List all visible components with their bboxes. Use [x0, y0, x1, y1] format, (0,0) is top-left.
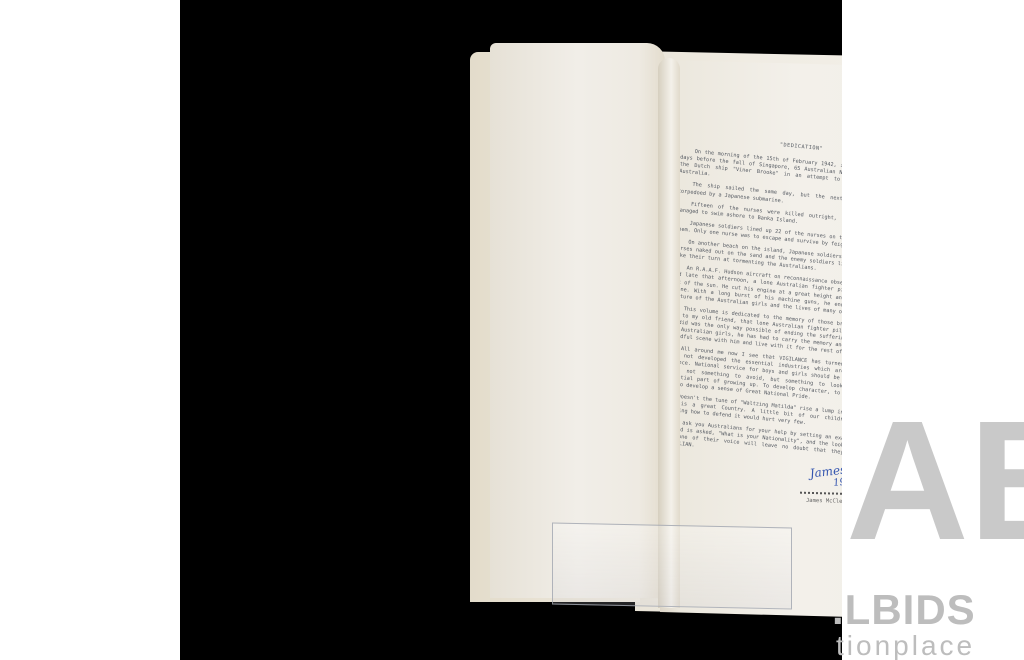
typescript-text: "DEDICATION" On the morning of the 15th … — [660, 133, 842, 475]
typed-signatory-name: James McClelland — [806, 498, 842, 505]
left-blank-page — [490, 43, 665, 598]
signature-dotted-line — [800, 492, 842, 496]
watermark-brand: .LBIDS — [832, 586, 976, 634]
watermark-tagline: tionplace — [836, 630, 975, 660]
watermark: AB .LBIDS tionplace — [840, 390, 1024, 660]
book-photograph: 1. "DEDICATION" On the morning of the 15… — [180, 0, 842, 660]
acrylic-stand — [552, 522, 792, 609]
watermark-logo-mark: AB — [846, 396, 1024, 566]
